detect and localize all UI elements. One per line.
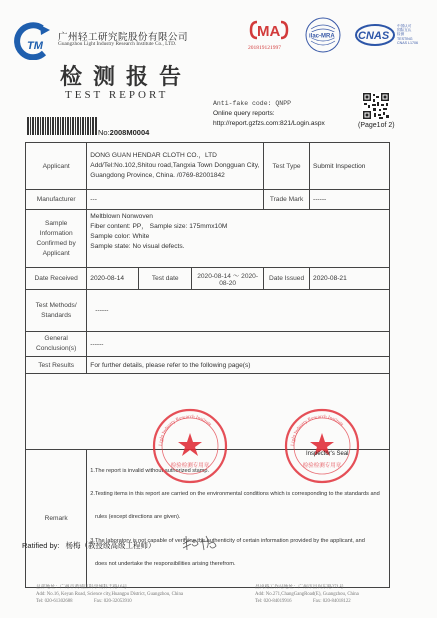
test-methods-value: ------ — [87, 290, 390, 332]
test-results-value: For further details, please refer to the… — [87, 357, 390, 374]
cma-number: 201819121997 — [248, 45, 281, 51]
trade-mark-label: Trade Mark — [264, 190, 310, 210]
test-type-label: Test Type — [264, 143, 310, 190]
row-conclusion: General Conclusion(s) ------ — [26, 332, 390, 357]
row-sample-info: Sample Information Confirmed by Applican… — [26, 210, 390, 268]
test-methods-label: Test Methods/ Standards — [26, 290, 87, 332]
row-dates: Date Received 2020-08-14 Test date 2020-… — [26, 268, 390, 290]
date-issued-value: 2020-08-21 — [310, 268, 390, 290]
svg-text:TM: TM — [27, 40, 44, 52]
online-query-label: Online query reports: — [213, 110, 275, 117]
gtm-logo-icon: TM — [12, 22, 56, 60]
row-test-methods: Test Methods/ Standards ------ — [26, 290, 390, 332]
sample-info-label: Sample Information Confirmed by Applican… — [26, 210, 87, 268]
svg-text:检验检测专用章: 检验检测专用章 — [303, 461, 342, 469]
cma-mark-icon: MA — [249, 20, 289, 40]
report-number: No:2008M0004 — [98, 128, 149, 137]
svg-text:MA: MA — [257, 23, 280, 40]
trade-mark-value: ------ — [310, 190, 390, 210]
date-received-value: 2020-08-14 — [87, 268, 139, 290]
test-results-label: Test Results — [26, 357, 87, 374]
svg-text:CNAS: CNAS — [358, 30, 390, 42]
applicant-label: Applicant — [26, 143, 87, 190]
inspector-stamp-icon: 检验检测专用章 Light Industry Research Institut… — [284, 408, 360, 484]
ilac-mra-mark-icon: ilac-MRA — [305, 17, 341, 53]
qr-code-icon[interactable] — [362, 92, 390, 120]
test-date-value: 2020-08-14 ～ 2020-08-20 — [192, 268, 264, 290]
date-received-label: Date Received — [26, 268, 87, 290]
report-info-table: Applicant DONG GUAN HENDAR CLOTH CO.，LTD… — [25, 142, 390, 588]
row-test-results: Test Results For further details, please… — [26, 357, 390, 374]
date-issued-label: Date Issued — [264, 268, 310, 290]
conclusion-label: General Conclusion(s) — [26, 332, 87, 357]
test-report-page: TM 广州轻工研究院股份有限公司 Guangzhou Light Industr… — [0, 0, 437, 618]
signature-icon — [180, 532, 220, 554]
page-indicator: (Page1of 2) — [358, 122, 395, 129]
footer-left: 总部地址：广州市黄埔区科学城科丰路16号 Add: No.16, Keyan R… — [36, 584, 183, 605]
manufacturer-value: --- — [87, 190, 264, 210]
company-name-en: Guangzhou Light Industry Research Instit… — [58, 41, 176, 47]
svg-text:检验检测专用章: 检验检测专用章 — [171, 461, 210, 469]
test-type-value: Submit Inspection — [310, 143, 390, 190]
inspector-seal-label: Inspector's Seal — [306, 451, 349, 457]
sample-info-value: Meltblown Nonwoven Fiber content: PP， Sa… — [87, 210, 390, 268]
row-applicant: Applicant DONG GUAN HENDAR CLOTH CO.，LTD… — [26, 143, 390, 190]
barcode-icon — [27, 117, 97, 135]
footer-right: 昌岗路工作站地址：广州市昌岗东路271号 Add: No.271,ChangGa… — [255, 584, 359, 605]
row-manufacturer: Manufacturer --- Trade Mark ------ — [26, 190, 390, 210]
cnas-side-text: 中国认可 国际互认 检测 TESTING CNAS L1706 — [397, 24, 418, 45]
svg-text:ilac-MRA: ilac-MRA — [309, 34, 335, 40]
remark-label: Remark — [26, 450, 87, 588]
ratified-by: Ratified by:杨梅（教授级高级工程师） — [22, 540, 156, 551]
anti-fake-code: Anti-fake code: QNPP — [213, 100, 291, 107]
manufacturer-label: Manufacturer — [26, 190, 87, 210]
online-query-url[interactable]: http://report.gzfzs.com:821/Login.aspx — [213, 120, 325, 127]
cnas-mark-icon: CNAS — [355, 24, 395, 46]
conclusion-value: ------ — [87, 332, 390, 357]
test-date-label: Test date — [139, 268, 192, 290]
applicant-value: DONG GUAN HENDAR CLOTH CO.，LTD Add/Tel:N… — [87, 143, 264, 190]
report-title-cn: 检测报告 — [60, 60, 192, 91]
institute-stamp-icon: 检验检测专用章 Light Industry Research Institut… — [152, 408, 228, 484]
report-title-en: TEST REPORT — [65, 89, 168, 101]
